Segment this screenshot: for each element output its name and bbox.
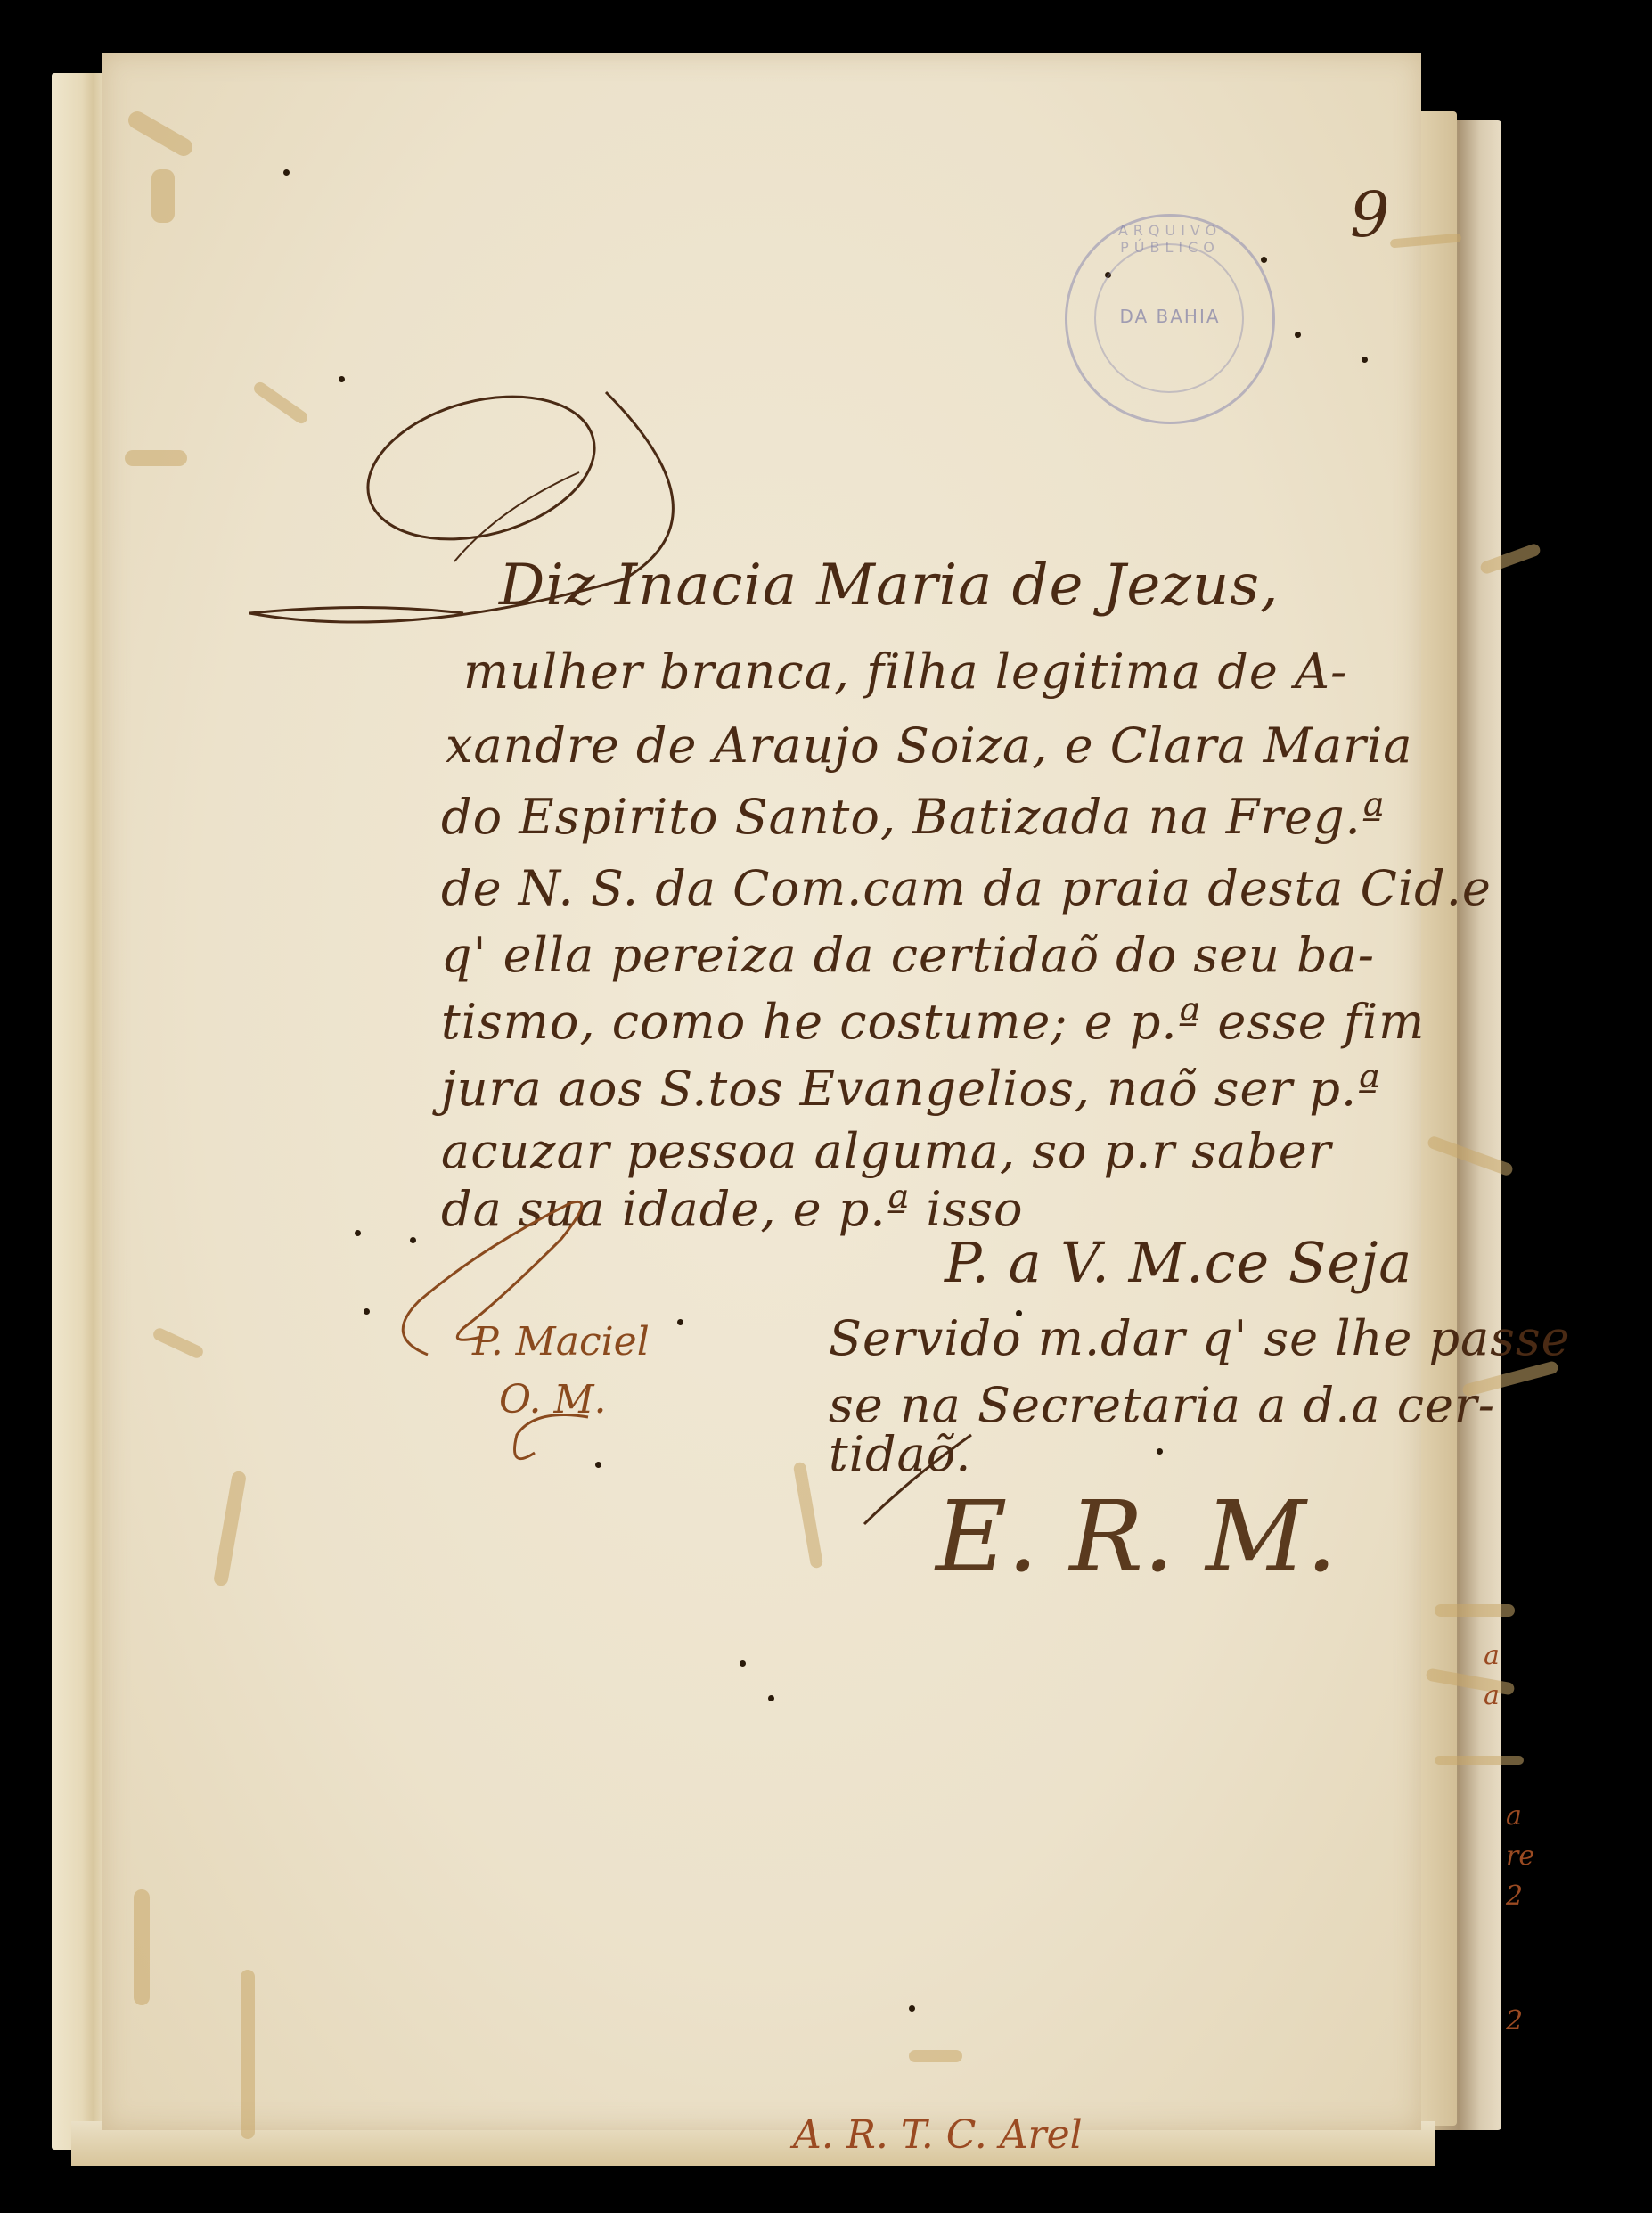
body-line-5: de N. S. da Com.cam da praia desta Cid.e <box>441 860 1492 916</box>
worm-hole <box>1157 1448 1163 1455</box>
signature-name: P. Maciel <box>472 1319 650 1365</box>
binding-fold <box>52 73 107 2150</box>
worm-hole <box>740 1660 746 1667</box>
body-line-3: xandre de Araujo Soiza, e Clara Maria <box>446 717 1412 774</box>
worm-hole <box>677 1319 683 1325</box>
margin-fragment: 2 <box>1506 2005 1523 2037</box>
body-line-9: acuzar pessoa alguma, so p.r saber <box>441 1123 1332 1179</box>
worm-hole <box>355 1230 361 1236</box>
worm-hole <box>768 1695 774 1701</box>
worm-hole <box>283 169 290 176</box>
folio-number: 9 <box>1350 178 1390 251</box>
closing-line-1: P. a V. M.ce Seja <box>945 1230 1412 1295</box>
worm-hole <box>1261 257 1267 263</box>
worm-hole <box>1295 332 1301 338</box>
closing-formula: E. R. M. <box>936 1479 1337 1594</box>
worm-hole <box>1362 357 1368 363</box>
stain <box>1435 1756 1524 1765</box>
margin-fragment: a <box>1506 1800 1522 1832</box>
closing-line-3: se na Secretaria a d.a cer- <box>829 1377 1495 1433</box>
closing-line-2: Servido m.dar q' se lhe passe <box>829 1310 1571 1366</box>
margin-fragment: 2 <box>1506 1881 1523 1912</box>
stain <box>241 1970 255 2139</box>
stain <box>125 450 187 466</box>
body-line-4: do Espirito Santo, Batizada na Freg.ª <box>441 789 1385 845</box>
bottom-fragment: A. R. T. C. Arel <box>793 2112 1083 2158</box>
margin-fragment: re <box>1506 1840 1534 1872</box>
archive-stamp: ARQUIVO PÚBLICO DA BAHIA <box>1065 214 1275 424</box>
signature-subscript: O. M. <box>499 1377 607 1422</box>
body-line-8: jura aos S.tos Evangelios, naõ ser p.ª <box>441 1061 1381 1117</box>
margin-fragment: a <box>1484 1680 1500 1711</box>
body-line-1: Diz Inacia Maria de Jezus, <box>499 553 1279 619</box>
stain <box>909 2050 962 2062</box>
body-line-7: tismo, como he costume; e p.ª esse fim <box>441 994 1425 1050</box>
stain <box>151 169 175 223</box>
body-line-2: mulher branca, filha legitima de A- <box>463 643 1347 700</box>
body-line-6: q' ella pereiza da certidaõ do seu ba- <box>441 927 1375 983</box>
stamp-ring-text: ARQUIVO PÚBLICO <box>1067 222 1272 256</box>
worm-hole <box>909 2005 915 2012</box>
stain <box>134 1889 150 2005</box>
worm-hole <box>339 376 345 382</box>
margin-fragment: a <box>1484 1640 1500 1671</box>
stain <box>1435 1604 1515 1617</box>
stamp-center-text: DA BAHIA <box>1067 306 1272 327</box>
